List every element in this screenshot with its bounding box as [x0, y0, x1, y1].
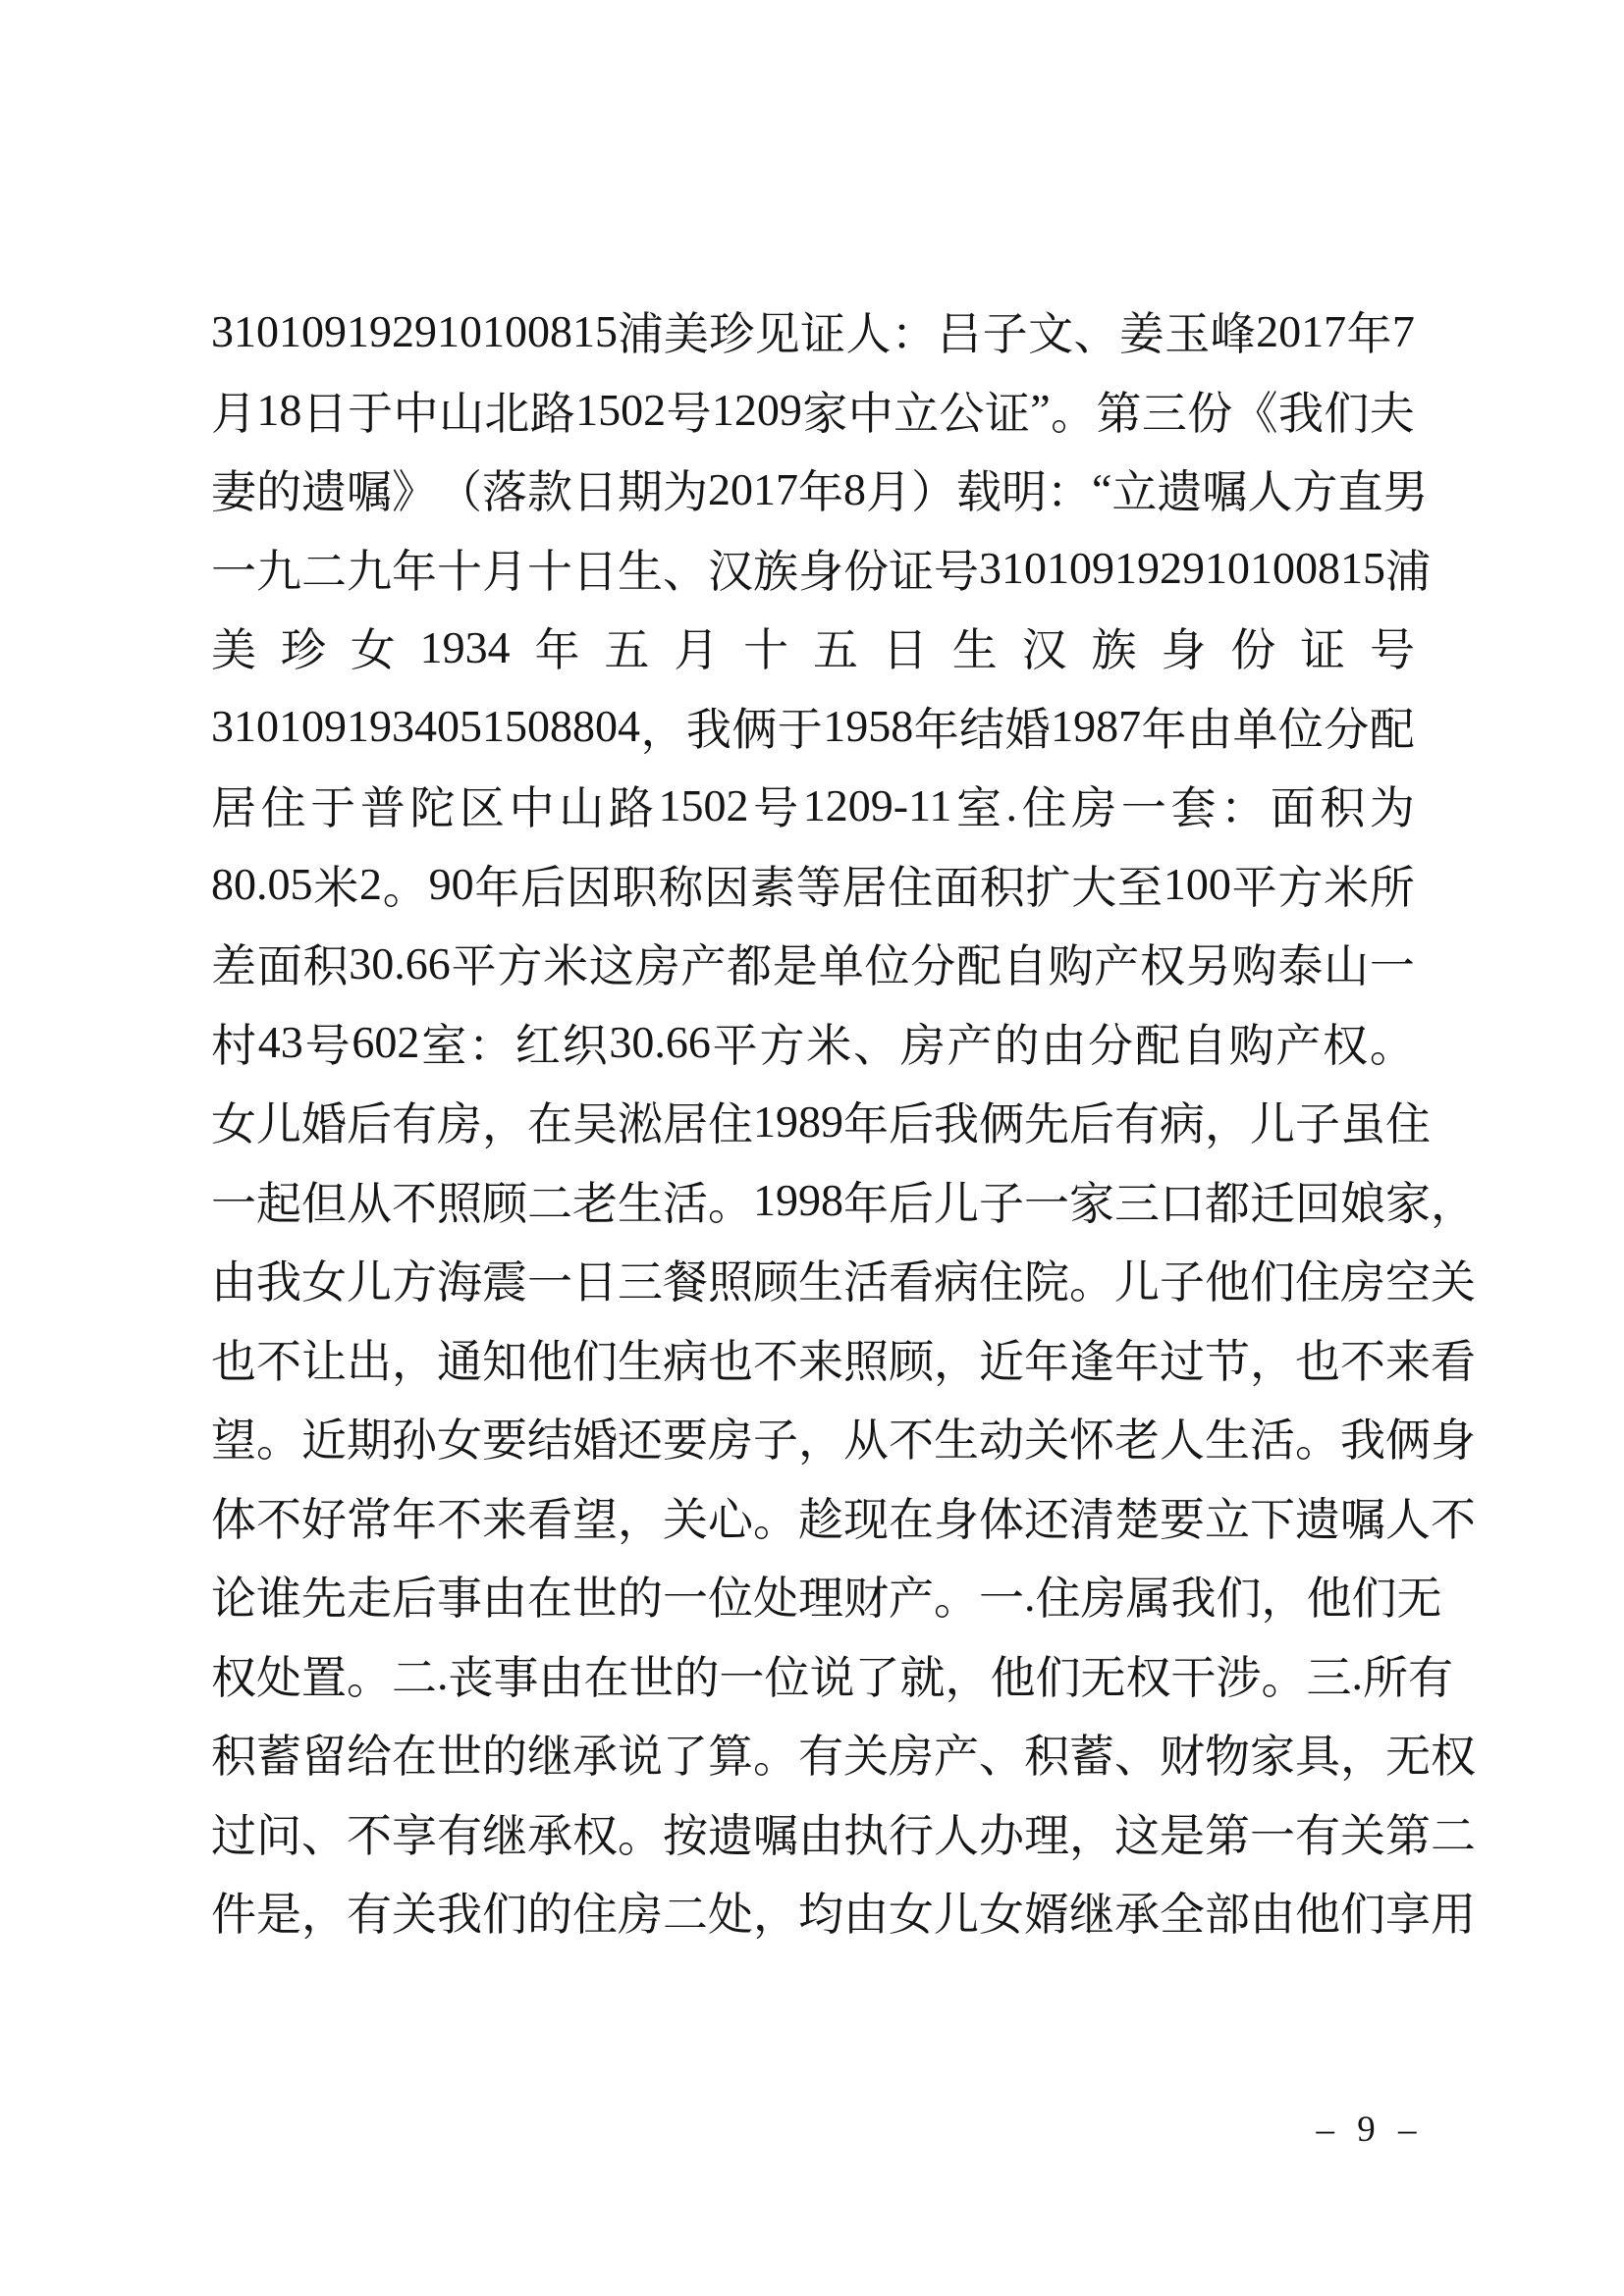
text-token: 望 — [572, 1484, 618, 1549]
document-line: 差面积30.66平方米这房产都是单位分配自购产权另购泰山一 — [211, 924, 1415, 1003]
text-token: 不 — [347, 1800, 392, 1865]
document-line: 310109192910100815浦美珍见证人：吕子文、姜玉峰2017年7 — [211, 292, 1415, 371]
text-token: ， — [301, 1879, 347, 1944]
text-token: 近 — [301, 1405, 347, 1469]
text-token: 不 — [392, 1168, 437, 1233]
text-token: 儿 — [347, 1247, 392, 1311]
text-token: 过 — [211, 1800, 256, 1865]
text-token: 。 — [1069, 1247, 1114, 1311]
text-token: 购 — [1232, 931, 1277, 995]
text-token: 产 — [1094, 931, 1139, 995]
text-token: 等 — [796, 852, 841, 917]
text-token: 年 — [843, 1089, 889, 1153]
text-token: . — [437, 1648, 449, 1700]
text-token: 。 — [347, 1642, 392, 1707]
text-token: 二 — [301, 536, 347, 601]
text-token: 无 — [1397, 1563, 1442, 1628]
document-line: 美珍女1934年五月十五日生汉族身份证号 — [211, 608, 1415, 687]
text-token: 2017 — [1256, 305, 1346, 357]
text-token: 执 — [843, 1800, 889, 1865]
text-token: 。 — [934, 1563, 979, 1628]
text-token: 我 — [1278, 378, 1324, 443]
text-token: 迁 — [1250, 1168, 1295, 1233]
text-token: （ — [437, 456, 482, 521]
text-token: 平 — [1232, 852, 1277, 917]
text-token: 生 — [952, 614, 998, 679]
text-token: 院 — [1024, 1247, 1069, 1311]
text-token: 7 — [1392, 305, 1415, 357]
text-token: 世 — [437, 1721, 482, 1786]
text-token: 泰 — [1277, 931, 1323, 995]
text-token: 承 — [527, 1800, 572, 1865]
text-token: 俩 — [979, 1089, 1024, 1153]
text-token: 自 — [1182, 1010, 1227, 1075]
text-token: 办 — [979, 1800, 1024, 1865]
text-token: 产 — [889, 1563, 934, 1628]
text-token: 照 — [437, 1168, 482, 1233]
text-token: 他 — [1295, 1879, 1340, 1944]
text-token: 淞 — [618, 1089, 663, 1153]
text-token: 是 — [256, 1879, 301, 1944]
text-token: 年 — [1142, 694, 1187, 759]
text-token: 不 — [753, 1326, 798, 1391]
text-token: 有 — [798, 1721, 843, 1786]
text-token: 权 — [1126, 1642, 1171, 1707]
text-token: 理 — [1024, 1800, 1069, 1865]
text-token: 落 — [482, 456, 527, 521]
text-token: 3101091934051508804 — [211, 700, 640, 752]
text-token: 族 — [1092, 614, 1137, 679]
text-token: 一 — [211, 1168, 256, 1233]
text-token: 月 — [211, 378, 256, 443]
text-token: 清 — [1069, 1484, 1114, 1549]
text-token: 为 — [663, 456, 708, 521]
text-token: 生 — [934, 1405, 979, 1469]
text-token: 病 — [663, 1326, 708, 1391]
text-token: 全 — [1160, 1879, 1205, 1944]
text-token: 一 — [1370, 931, 1415, 995]
text-token: 美 — [664, 298, 709, 363]
text-token: 楚 — [1114, 1484, 1160, 1549]
text-token: 要 — [1160, 1484, 1205, 1549]
text-token: 路 — [530, 378, 575, 443]
text-token: 载 — [956, 456, 1001, 521]
text-token: 房 — [618, 1879, 663, 1944]
text-token: 女 — [351, 614, 396, 679]
text-token: 浦 — [618, 298, 663, 363]
text-token: 房 — [437, 1089, 482, 1153]
text-token: 五 — [604, 614, 649, 679]
text-token: 嘱 — [1340, 1484, 1385, 1549]
text-token: 米 — [313, 852, 358, 917]
text-token: 一 — [1121, 773, 1166, 837]
text-token: 也 — [1295, 1326, 1340, 1391]
text-token: 女 — [437, 1405, 482, 1469]
text-token: 因 — [567, 852, 612, 917]
text-token: 人 — [1385, 1484, 1431, 1549]
text-token: 份 — [1230, 614, 1275, 679]
text-token: 大 — [1071, 852, 1116, 917]
text-token: 生 — [618, 1168, 663, 1233]
text-token: 山 — [1324, 931, 1369, 995]
text-token: 权 — [211, 1642, 256, 1707]
text-token: ： — [468, 1010, 514, 1075]
text-token: 明 — [1001, 456, 1047, 521]
text-token: 房 — [900, 1010, 946, 1075]
document-line: 积蓄留给在世的继承说了算。有关房产、积蓄、财物家具，无权 — [211, 1714, 1415, 1793]
text-token: 期 — [347, 1405, 392, 1469]
text-token: 现 — [843, 1484, 889, 1549]
text-token: 1502 — [658, 779, 748, 831]
text-token: 活 — [843, 1247, 889, 1311]
text-token: ， — [1431, 1168, 1476, 1233]
text-token: 立 — [1205, 1484, 1250, 1549]
text-token: 吕 — [937, 298, 982, 363]
text-token: 我 — [256, 1247, 301, 1311]
text-token: 二 — [392, 1642, 437, 1707]
text-token: 儿 — [1250, 1089, 1295, 1153]
text-token: 普 — [360, 773, 406, 837]
text-token: 称 — [658, 852, 703, 917]
text-token: 他 — [1307, 1563, 1352, 1628]
text-token: 8 — [843, 463, 866, 515]
text-token: 婚 — [1005, 694, 1051, 759]
document-line: 80.05米2。90年后因职称因素等居住面积扩大至100平方米所 — [211, 845, 1415, 925]
text-token: 由 — [1250, 1879, 1295, 1944]
text-token: 山 — [559, 773, 604, 837]
text-token: 平 — [452, 931, 497, 995]
text-token: 第 — [1385, 1800, 1431, 1865]
text-token: 配 — [956, 931, 1001, 995]
text-token: 吴 — [572, 1089, 618, 1153]
text-token: ， — [1262, 1563, 1307, 1628]
text-token: 要 — [663, 1405, 708, 1469]
text-token: 织 — [563, 1010, 608, 1075]
text-token: 关 — [1024, 1405, 1069, 1469]
text-token: 住 — [572, 1879, 618, 1944]
text-token: 财 — [843, 1563, 889, 1628]
text-token: 一 — [1250, 1800, 1295, 1865]
text-token: 病 — [1160, 1089, 1205, 1153]
text-token: 们 — [1324, 378, 1369, 443]
text-token: 证 — [889, 536, 934, 601]
text-token: 关 — [1431, 1247, 1476, 1311]
text-token: 》 — [392, 456, 437, 521]
text-token: 均 — [798, 1879, 843, 1944]
text-token: 虽 — [1340, 1089, 1385, 1153]
text-token: 关 — [392, 1879, 437, 1944]
text-token: 年 — [535, 614, 580, 679]
text-token: 生 — [798, 1247, 843, 1311]
text-token: 不 — [256, 1326, 301, 1391]
document-line: 女儿婚后有房，在吴淞居住1989年后我俩先后有病，儿子虽住 — [211, 1082, 1415, 1161]
text-token: 权 — [572, 1800, 618, 1865]
text-token: 按 — [663, 1800, 708, 1865]
text-token: ， — [798, 1405, 843, 1469]
text-token: 一 — [211, 536, 256, 601]
text-token: 俩 — [731, 694, 777, 759]
text-token: 不 — [1431, 1484, 1476, 1549]
text-token: 通 — [437, 1326, 482, 1391]
text-token: 310109192910100815 — [211, 305, 618, 357]
text-token: 。 — [753, 1721, 798, 1786]
text-token: 由 — [798, 1800, 843, 1865]
text-token: ” — [1030, 384, 1050, 436]
text-token: 人 — [1247, 456, 1292, 521]
text-token: 住 — [708, 1089, 753, 1153]
text-token: 居 — [841, 852, 887, 917]
text-token: 证 — [800, 298, 845, 363]
text-token: 1209 — [712, 384, 802, 436]
text-token: 18 — [256, 384, 301, 436]
text-token: 走 — [347, 1563, 392, 1628]
text-token: 年 — [798, 456, 843, 521]
text-token: 房 — [1340, 1247, 1385, 1311]
document-line: 妻的遗嘱》（落款日期为2017年8月）载明：“立遗嘱人方直男 — [211, 450, 1415, 529]
text-token: 他 — [527, 1326, 572, 1391]
text-token: 先 — [1024, 1089, 1069, 1153]
text-token: 职 — [613, 852, 658, 917]
text-token: 从 — [347, 1168, 392, 1233]
text-token: 号 — [667, 378, 712, 443]
text-token: 方 — [1277, 852, 1323, 917]
text-token: 蓄 — [1069, 1721, 1114, 1786]
text-token: 嘱 — [347, 456, 392, 521]
text-token: 来 — [482, 1484, 527, 1549]
document-page: 310109192910100815浦美珍见证人：吕子文、姜玉峰2017年7月1… — [0, 0, 1624, 2296]
text-token: 日 — [883, 614, 928, 679]
text-token: 30.66 — [349, 937, 451, 989]
text-token: . — [1006, 779, 1018, 831]
text-token: 日 — [572, 1247, 618, 1311]
text-token: 一 — [979, 1563, 1024, 1628]
text-token: 积 — [1320, 773, 1365, 837]
text-token: 扩 — [1026, 852, 1071, 917]
text-token: 事 — [494, 1642, 539, 1707]
text-token: 用 — [1431, 1879, 1476, 1944]
text-token: 由 — [211, 1247, 256, 1311]
text-token: 继 — [482, 1800, 527, 1865]
text-token: 好 — [301, 1484, 347, 1549]
text-token: 餐 — [663, 1247, 708, 1311]
text-token: 陀 — [409, 773, 455, 837]
text-token: 三 — [1114, 1168, 1160, 1233]
document-line: 一九二九年十月十日生、汉族身份证号310109192910100815浦 — [211, 529, 1415, 609]
text-token: 还 — [1024, 1484, 1069, 1549]
text-token: 单 — [819, 931, 864, 995]
text-token: 妻 — [211, 456, 256, 521]
text-token: 起 — [256, 1168, 301, 1233]
text-token: 房 — [1081, 1563, 1126, 1628]
text-token: 就 — [900, 1642, 946, 1707]
text-token: 1987 — [1051, 700, 1141, 752]
text-token: 我 — [686, 694, 731, 759]
text-token: 住 — [1295, 1247, 1340, 1311]
text-token: 有 — [1295, 1800, 1340, 1865]
text-token: 于 — [310, 773, 355, 837]
text-token: 平 — [713, 1010, 758, 1075]
text-token: 室 — [421, 1010, 466, 1075]
text-token: 先 — [301, 1563, 347, 1628]
text-token: 子 — [753, 1405, 798, 1469]
text-token: 娘 — [1340, 1168, 1385, 1233]
text-token: 峰 — [1211, 298, 1256, 363]
text-token: 于 — [778, 694, 823, 759]
text-token: 孙 — [392, 1405, 437, 1469]
text-token: 位 — [765, 1642, 810, 1707]
text-token: 十 — [437, 536, 482, 601]
text-token: 顾 — [753, 1247, 798, 1311]
text-token: 海 — [437, 1247, 482, 1311]
document-line: 望。近期孙女要结婚还要房子，从不生动关怀老人生活。我俩身 — [211, 1398, 1415, 1477]
text-token: 直 — [1337, 456, 1382, 521]
text-token: 、 — [853, 1010, 898, 1075]
text-token: 1958 — [823, 700, 913, 752]
text-token: 购 — [1049, 931, 1094, 995]
text-token: 位 — [708, 1563, 753, 1628]
text-token: 年 — [474, 852, 519, 917]
text-token: 证 — [985, 378, 1030, 443]
text-token: 积 — [211, 1721, 256, 1786]
text-token: 居 — [663, 1089, 708, 1153]
text-token: 们 — [482, 1879, 527, 1944]
text-token: 珍 — [281, 614, 326, 679]
text-token: 汉 — [1022, 614, 1067, 679]
text-token: 是 — [773, 931, 818, 995]
document-line: 月18日于中山北路1502号1209家中立公证”。第三份《我们夫 — [211, 371, 1415, 451]
text-token: 看 — [527, 1484, 572, 1549]
text-token: 年 — [1114, 1326, 1160, 1391]
text-token: 望 — [211, 1405, 256, 1469]
text-token: 身 — [1431, 1405, 1476, 1469]
text-token: 照 — [708, 1247, 753, 1311]
text-token: 有 — [1408, 1642, 1453, 1707]
document-line: 权处置。二.丧事由在世的一位说了就，他们无权干涉。三.所有 — [211, 1635, 1415, 1715]
text-token: 米 — [543, 931, 588, 995]
text-token: 儿 — [256, 1089, 301, 1153]
text-token: 年 — [392, 1484, 437, 1549]
text-token: 怀 — [1069, 1405, 1114, 1469]
text-token: 面 — [1271, 773, 1316, 837]
text-token: ， — [1250, 1326, 1295, 1391]
text-token: 关 — [663, 1484, 708, 1549]
text-token: 方 — [759, 1010, 804, 1075]
text-token: 2017 — [708, 463, 798, 515]
text-token: 行 — [889, 1800, 934, 1865]
text-token: 件 — [211, 1879, 256, 1944]
text-token: 子 — [983, 298, 1028, 363]
text-token: 住 — [888, 852, 933, 917]
text-token: 女 — [979, 1879, 1024, 1944]
text-token: 干 — [1171, 1642, 1217, 1707]
text-token: 婚 — [301, 1089, 347, 1153]
text-token: 、 — [979, 1721, 1024, 1786]
text-token: 生 — [618, 536, 663, 601]
text-token: 遗 — [1295, 1484, 1340, 1549]
text-token: 来 — [1385, 1326, 1431, 1391]
text-token: 《 — [1233, 378, 1278, 443]
text-token: 中 — [394, 378, 439, 443]
text-token: 红 — [515, 1010, 561, 1075]
text-token: 浦 — [1385, 536, 1431, 601]
text-token: 俩 — [1385, 1405, 1431, 1469]
text-token: 。 — [1370, 1010, 1415, 1075]
text-token: . — [1024, 1570, 1036, 1622]
text-token: 一 — [720, 1642, 765, 1707]
text-token: 算 — [708, 1721, 753, 1786]
text-token: 方 — [497, 931, 542, 995]
text-token: 权 — [1431, 1721, 1476, 1786]
text-token: 所 — [1363, 1642, 1408, 1707]
text-token: 素 — [750, 852, 795, 917]
text-token: 近 — [979, 1326, 1024, 1391]
text-token: 嘱 — [753, 1800, 798, 1865]
text-token: 部 — [1205, 1879, 1250, 1944]
text-token: 财 — [1160, 1721, 1205, 1786]
text-token: 方 — [1292, 456, 1337, 521]
text-token: 十 — [527, 536, 572, 601]
text-token: 面 — [257, 931, 302, 995]
text-token: ， — [640, 694, 685, 759]
text-token: 积 — [980, 852, 1025, 917]
text-token: 住 — [261, 773, 306, 837]
text-token: 儿 — [1114, 1247, 1160, 1311]
text-token: ， — [1069, 1800, 1114, 1865]
text-token: 十 — [743, 614, 788, 679]
text-token: 继 — [527, 1721, 572, 1786]
document-line: 也不让出，通知他们生病也不来照顾，近年逢年过节，也不来看 — [211, 1319, 1415, 1399]
text-token: 女 — [211, 1089, 256, 1153]
text-token: 1989 — [753, 1095, 843, 1148]
text-token: 心 — [708, 1484, 753, 1549]
text-token: 谁 — [256, 1563, 301, 1628]
text-token: 继 — [1069, 1879, 1114, 1944]
text-token: 年 — [914, 694, 959, 759]
text-token: 路 — [609, 773, 654, 837]
text-token: 涉 — [1217, 1642, 1262, 1707]
text-token: 月 — [674, 614, 719, 679]
text-token: 们 — [1352, 1563, 1397, 1628]
text-token: 享 — [392, 1800, 437, 1865]
text-token: 不 — [437, 1484, 482, 1549]
text-token: 住 — [1022, 773, 1067, 837]
document-line: 论谁先走后事由在世的一位处理财产。一.住房属我们，他们无 — [211, 1556, 1415, 1635]
text-token: 子 — [1160, 1247, 1205, 1311]
text-token: 我 — [1340, 1405, 1385, 1469]
text-token: 这 — [1114, 1800, 1160, 1865]
document-line: 件是，有关我们的住房二处，均由女儿女婿继承全部由他们享用 — [211, 1872, 1415, 1951]
text-token: 知 — [482, 1326, 527, 1391]
text-token: 一 — [1024, 1168, 1069, 1233]
text-token: 老 — [572, 1168, 618, 1233]
text-token: 由 — [1041, 1010, 1086, 1075]
text-token: 。 — [753, 1484, 798, 1549]
text-token: 的 — [527, 1879, 572, 1944]
text-token: 居 — [211, 773, 256, 837]
text-token: 我 — [1171, 1563, 1217, 1628]
text-token: ， — [482, 1089, 527, 1153]
text-token: 室 — [956, 773, 1001, 837]
text-token: 处 — [753, 1563, 798, 1628]
text-token: 位 — [1278, 694, 1324, 759]
text-token: ： — [1220, 773, 1266, 837]
text-token: 姜 — [1119, 298, 1164, 363]
text-token: 年 — [1347, 298, 1392, 363]
body-text: 310109192910100815浦美珍见证人：吕子文、姜玉峰2017年7月1… — [211, 292, 1415, 1951]
text-token: 号 — [753, 773, 798, 837]
text-token: 差 — [211, 931, 256, 995]
text-token: 世 — [572, 1563, 618, 1628]
